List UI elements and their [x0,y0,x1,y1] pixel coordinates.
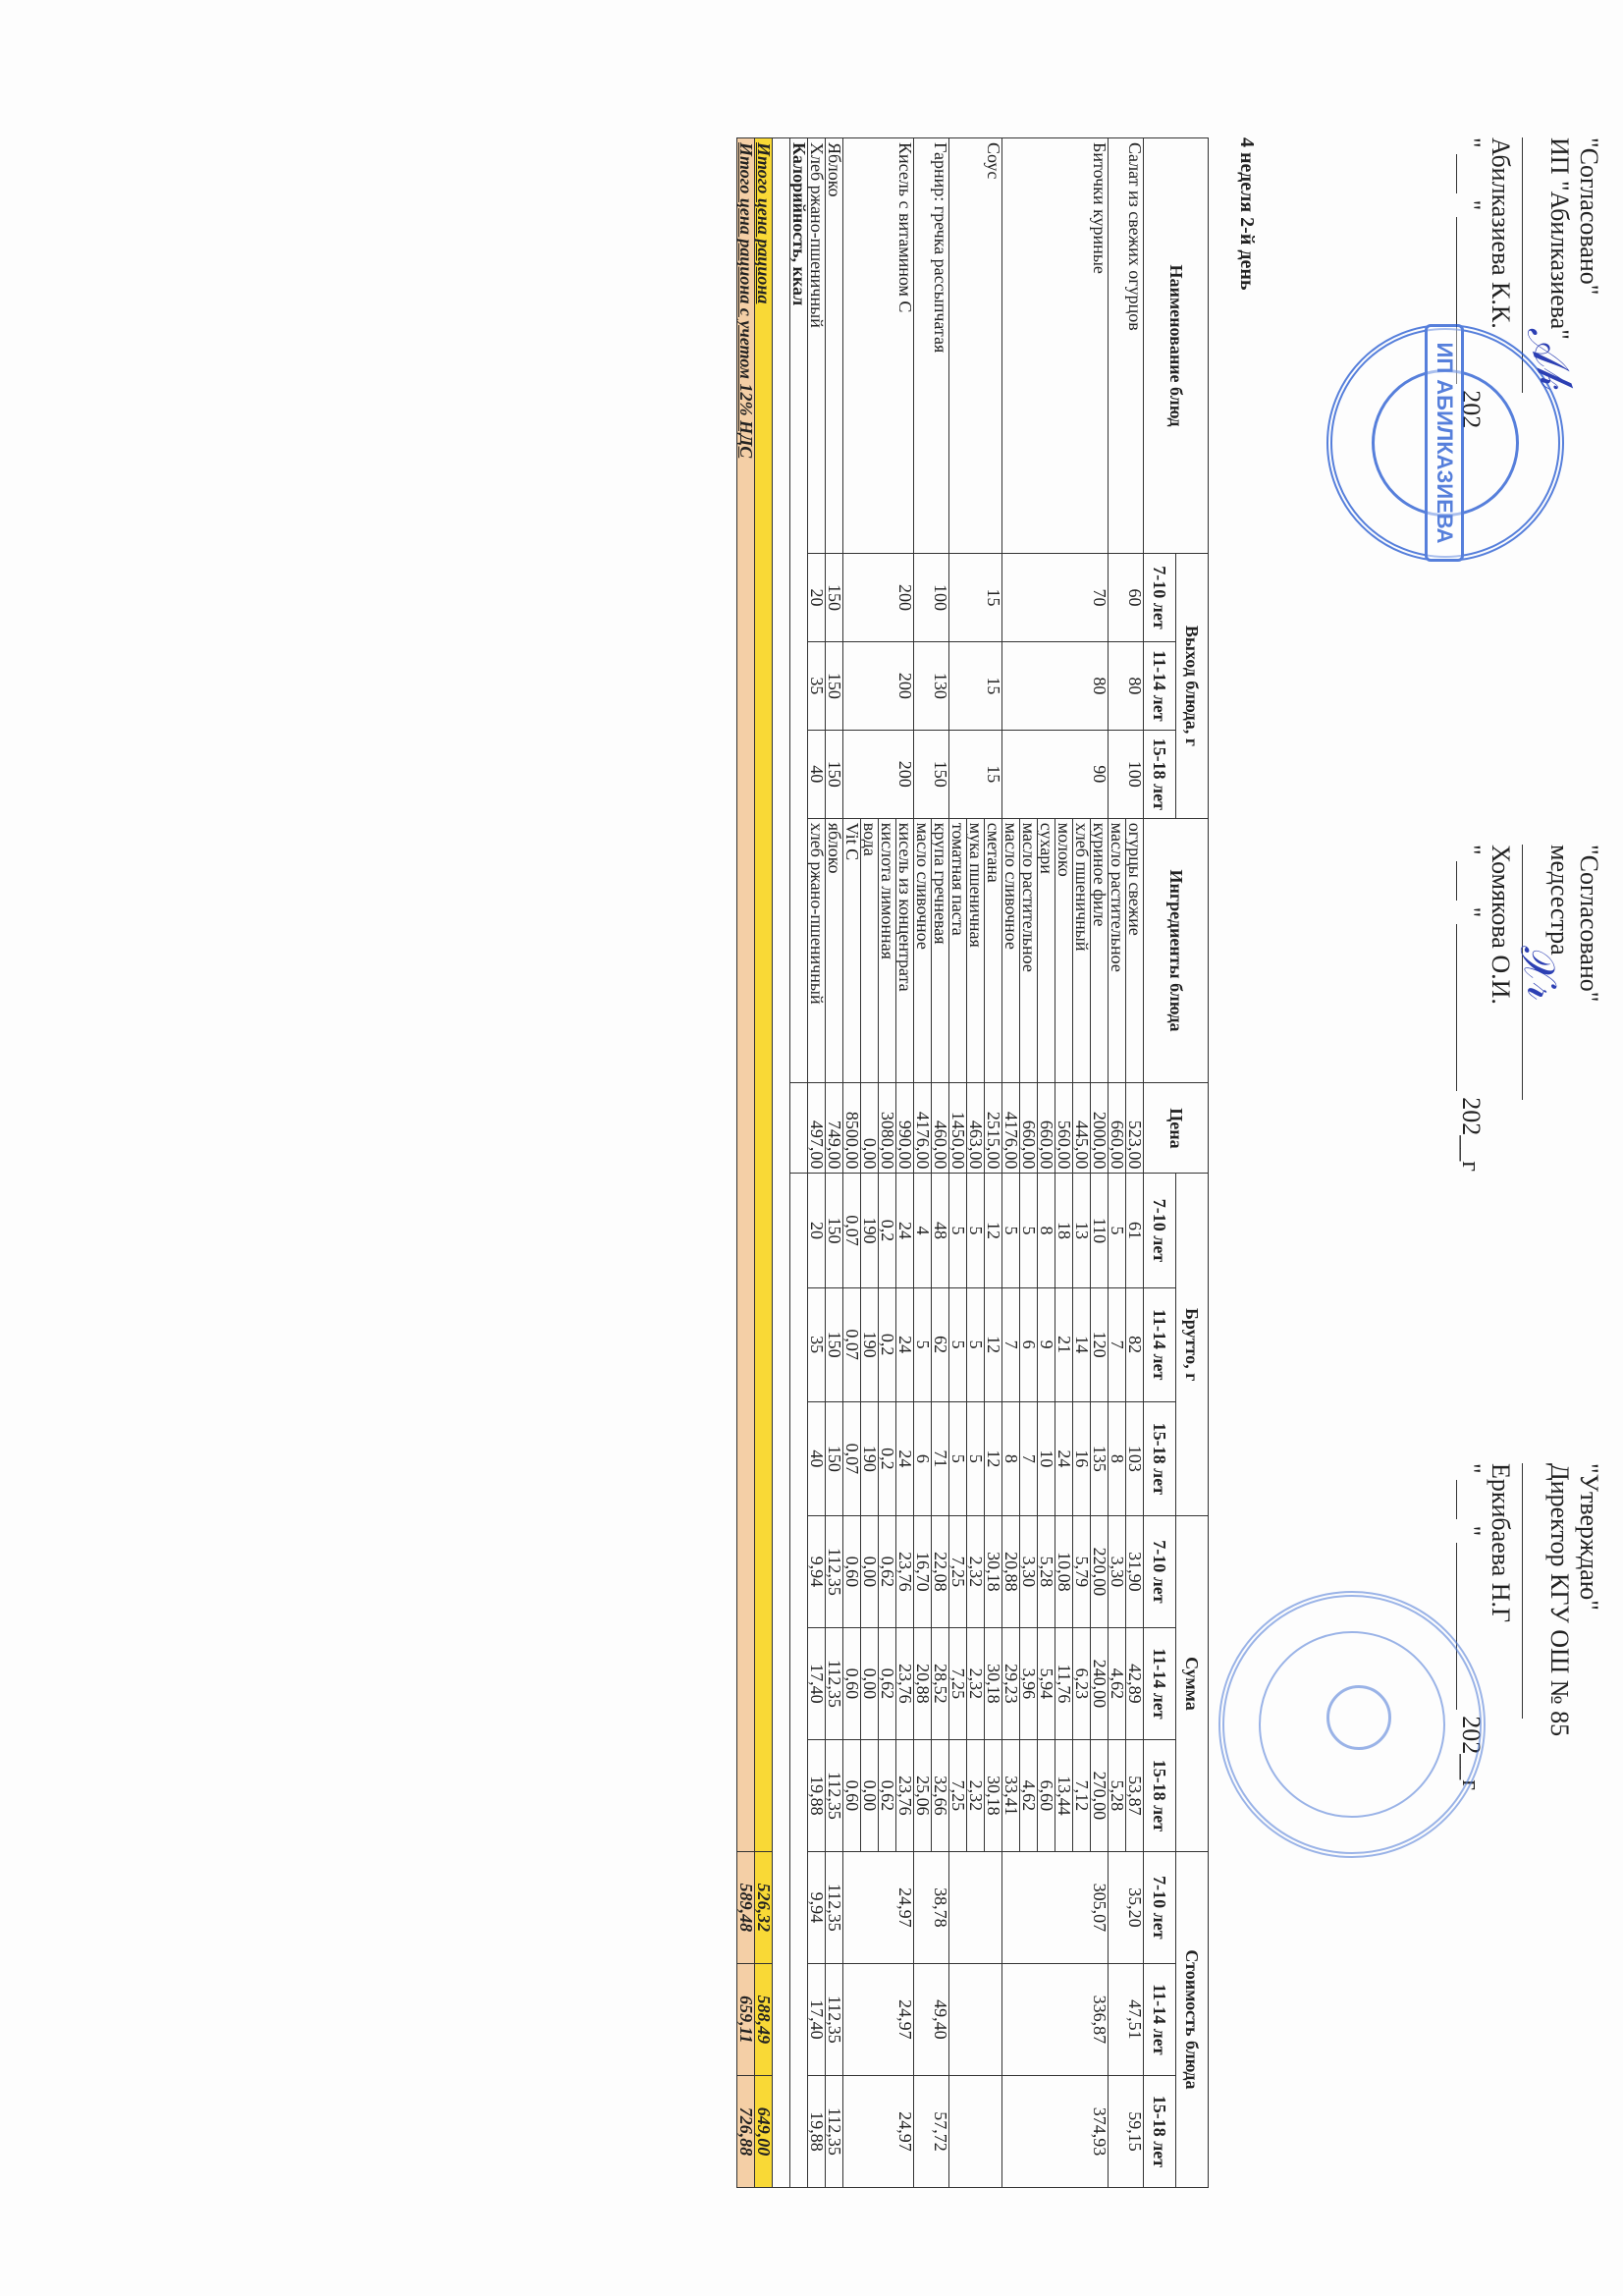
empty-cell [773,138,790,2188]
ingredient-price: 445,00 [1073,1083,1091,1174]
ingredient-brutto-age-1: 61 [1126,1174,1144,1287]
ingredient-sum-age-3: 7,12 [1073,1739,1091,1851]
ingredient-price: 3080,00 [879,1083,896,1174]
ingredient-sum-age-1: 2,32 [967,1515,985,1627]
ingredient-name: кисель из концентрата [896,818,914,1083]
dish-yield-age-2: 200 [843,641,914,730]
ingredient-brutto-age-1: 0,2 [879,1174,896,1287]
dish-cost-age-1 [949,1851,1002,1963]
ingredient-brutto-age-2: 5 [949,1287,967,1401]
col-sum-group: Сумма [1176,1515,1209,1851]
dish-cost-age-3: 59,15 [1109,2075,1144,2187]
ingredient-sum-age-3: 0,00 [861,1739,879,1851]
ingredient-brutto-age-1: 18 [1055,1174,1073,1287]
ingredient-sum-age-3: 30,18 [985,1739,1002,1851]
ingredient-brutto-age-2: 35 [808,1287,826,1401]
ingredient-brutto-age-2: 14 [1073,1287,1091,1401]
ingredient-sum-age-1: 5,28 [1038,1515,1055,1627]
ingredient-sum-age-1: 20,88 [1002,1515,1020,1627]
dish-cost-age-1: 305,07 [1002,1851,1109,1963]
ingredient-price: 990,00 [896,1083,914,1174]
ingredient-sum-age-2: 7,25 [949,1627,967,1739]
dish-cost-age-2: 112,35 [826,1963,843,2075]
ingredient-brutto-age-1: 5 [967,1174,985,1287]
date-year: 202__г [1457,1097,1486,1172]
date-quote-open: " [1457,1463,1486,1474]
menu-table: Наименование блюд Выход блюда, г Ингреди… [736,137,1209,2188]
ingredient-brutto-age-1: 48 [932,1174,949,1287]
ingredient-sum-age-3: 25,06 [914,1739,932,1851]
ingredient-sum-age-2: 0,00 [861,1627,879,1739]
ingredient-sum-age-2: 42,89 [1126,1627,1144,1739]
ingredient-brutto-age-3: 71 [932,1401,949,1515]
dish-yield-age-3: 150 [914,730,949,818]
ingredient-sum-age-2: 29,23 [1002,1627,1020,1739]
ingredient-name: сметана [985,818,1002,1083]
ingredient-sum-age-2: 0,62 [879,1627,896,1739]
ingredient-price: 2000,00 [1091,1083,1109,1174]
ingredient-sum-age-2: 23,76 [896,1627,914,1739]
ingredient-price: 460,00 [932,1083,949,1174]
ingredient-brutto-age-2: 150 [826,1287,843,1401]
ingredient-sum-age-1: 112,35 [826,1515,843,1627]
table-row: Хлеб ржано-пшеничный203540хлеб ржано-пше… [808,138,826,2188]
total-vat-row: Итого цена рациона с учетом 12% НДС 589,… [737,138,755,2188]
approval-title: "Утверждаю" [1574,1463,1603,1790]
ingredient-brutto-age-1: 110 [1091,1174,1109,1287]
total-vat-label: Итого цена рациона с учетом 12% НДС [737,138,755,1852]
stamp-school [1218,1591,1486,1858]
document-page: "Согласовано" ИП "Абилказиева" Абилказие… [0,0,1623,2296]
ingredient-price: 523,00 [1126,1083,1144,1174]
date-quote-close: " [1457,200,1486,211]
dish-yield-age-2: 150 [826,641,843,730]
empty-cell [790,1083,808,1174]
dish-cost-age-1: 35,20 [1109,1851,1144,1963]
dish-yield-age-3: 40 [808,730,826,818]
ingredient-brutto-age-3: 190 [861,1401,879,1515]
ingredient-brutto-age-1: 5 [1109,1174,1126,1287]
dish-name: Биточки куриные [1002,138,1109,554]
dish-name: Салат из свежих огурцов [1109,138,1144,554]
dish-name: Яблоко [826,138,843,554]
dish-name: Кисель с витамином С [843,138,914,554]
total-row: Итого цена рациона 526,32 588,49 649,00 [755,138,773,2188]
total-vat-value-age-3: 726,88 [737,2075,755,2187]
ingredient-brutto-age-1: 12 [985,1174,1002,1287]
ingredient-brutto-age-2: 0,07 [843,1287,861,1401]
ingredient-brutto-age-3: 8 [1109,1401,1126,1515]
date-quote-open: " [1457,845,1486,855]
dish-yield-age-1: 60 [1109,554,1144,642]
ingredient-sum-age-1: 9,94 [808,1515,826,1627]
ingredient-sum-age-1: 3,30 [1020,1515,1038,1627]
ingredient-sum-age-2: 6,23 [1073,1627,1091,1739]
table-row: Салат из свежих огурцов6080100огурцы све… [1126,138,1144,2188]
ingredient-price: 497,00 [808,1083,826,1174]
ingredient-brutto-age-2: 24 [896,1287,914,1401]
ingredient-sum-age-3: 0,60 [843,1739,861,1851]
dish-yield-age-3: 15 [949,730,1002,818]
dish-cost-age-2: 47,51 [1109,1963,1144,2075]
ingredient-brutto-age-3: 40 [808,1401,826,1515]
ingredient-sum-age-2: 2,32 [967,1627,985,1739]
dish-cost-age-2: 49,40 [914,1963,949,2075]
ingredient-name: мука пшеничная [967,818,985,1083]
ingredient-price: 660,00 [1038,1083,1055,1174]
ingredient-brutto-age-2: 5 [914,1287,932,1401]
ingredient-name: масло сливочное [1002,818,1020,1083]
ingredient-name: томатная паста [949,818,967,1083]
ingredient-name: огурцы свежие [1126,818,1144,1083]
ingredient-brutto-age-3: 150 [826,1401,843,1515]
col-cost-age-2: 11-14 лет [1144,1963,1176,2075]
total-vat-value-age-2: 659,11 [737,1963,755,2075]
ingredient-price: 4176,00 [914,1083,932,1174]
approval-name: Хомякова О.И. [1486,845,1515,1172]
ingredient-brutto-age-3: 103 [1126,1401,1144,1515]
col-sum-age-3: 15-18 лет [1144,1739,1176,1851]
stamp-text: ИП АБИЛКАЗИЕВА [1425,324,1464,562]
ingredient-brutto-age-3: 7 [1020,1401,1038,1515]
approval-name: Еркибаева Н.Г [1486,1463,1515,1790]
ingredient-brutto-age-1: 13 [1073,1174,1091,1287]
ingredient-sum-age-2: 3,96 [1020,1627,1038,1739]
ingredient-price: 4176,00 [1002,1083,1020,1174]
col-brutto-age-3: 15-18 лет [1144,1401,1176,1515]
date-month-blank [1456,924,1477,1091]
table-row: Соус151515сметана2515,0012121230,1830,18… [985,138,1002,2188]
date-quote-open: " [1457,137,1486,148]
ingredient-price: 660,00 [1020,1083,1038,1174]
ingredient-name: вода [861,818,879,1083]
dish-yield-age-2: 15 [949,641,1002,730]
col-brutto-age-1: 7-10 лет [1144,1174,1176,1287]
col-cost-group: Стоимость блюда [1176,1851,1209,2187]
ingredient-sum-age-2: 17,40 [808,1627,826,1739]
approval-title: "Согласовано" [1574,137,1603,428]
ingredient-name: масло растительное [1109,818,1126,1083]
ingredient-name: хлеб пшеничный [1073,818,1091,1083]
dish-yield-age-3: 200 [843,730,914,818]
col-cost-age-3: 15-18 лет [1144,2075,1176,2187]
dish-cost-age-3 [949,2075,1002,2187]
ingredient-brutto-age-1: 8 [1038,1174,1055,1287]
approval-block-nurse: "Согласовано" медсестра Хомякова О.И. " … [1456,845,1603,1172]
ingredient-price: 1450,00 [949,1083,967,1174]
ingredient-name: хлеб ржано-пшеничный [808,818,826,1083]
total-vat-value-age-1: 589,48 [737,1851,755,1963]
total-value-age-2: 588,49 [755,1963,773,2075]
ingredient-brutto-age-1: 20 [808,1174,826,1287]
ingredient-brutto-age-1: 5 [1002,1174,1020,1287]
dish-yield-age-1: 200 [843,554,914,642]
date-quote-close: " [1457,907,1486,918]
dish-cost-age-3: 374,93 [1002,2075,1109,2187]
calories-label: Калорийность, ккал [790,138,808,1083]
col-yield-age-2: 11-14 лет [1144,641,1176,730]
table-row: Биточки куриные708090куриное филе2000,00… [1091,138,1109,2188]
ingredient-sum-age-2: 11,76 [1055,1627,1073,1739]
ingredient-name: куриное филе [1091,818,1109,1083]
dish-cost-age-2: 336,87 [1002,1963,1109,2075]
col-dish-name: Наименование блюд [1144,138,1209,554]
col-cost-age-1: 7-10 лет [1144,1851,1176,1963]
ingredient-price: 660,00 [1109,1083,1126,1174]
ingredient-brutto-age-2: 6 [1020,1287,1038,1401]
dish-name: Гарнир: гречка рассыпчатая [914,138,949,554]
dish-yield-age-2: 80 [1002,641,1109,730]
table-row: Кисель с витамином С200200200кисель из к… [896,138,914,2188]
dish-yield-age-2: 130 [914,641,949,730]
ingredient-sum-age-3: 0,62 [879,1739,896,1851]
col-yield-age-3: 15-18 лет [1144,730,1176,818]
col-brutto-age-2: 11-14 лет [1144,1287,1176,1401]
ingredient-brutto-age-1: 5 [1020,1174,1038,1287]
date-day-blank [1456,1480,1477,1519]
ingredient-sum-age-2: 240,00 [1091,1627,1109,1739]
ingredient-sum-age-1: 0,00 [861,1515,879,1627]
ingredient-name: сухари [1038,818,1055,1083]
col-ingredients: Ингредиенты блюда [1144,818,1209,1083]
dish-cost-age-3: 19,88 [808,2075,826,2187]
dish-cost-age-1: 9,94 [808,1851,826,1963]
ingredient-sum-age-3: 23,76 [896,1739,914,1851]
ingredient-sum-age-2: 30,18 [985,1627,1002,1739]
ingredient-sum-age-3: 2,32 [967,1739,985,1851]
dish-yield-age-3: 100 [1109,730,1144,818]
ingredient-brutto-age-3: 5 [949,1401,967,1515]
ingredient-price: 560,00 [1055,1083,1073,1174]
approval-date: " " 202__г [1456,845,1486,1172]
menu-table-totals: Калорийность, ккал Итого цена рациона 52… [737,138,808,2188]
spacer-row [773,138,790,2188]
table-row: Яблоко150150150яблоко749,00150150150112,… [826,138,843,2188]
ingredient-sum-age-3: 112,35 [826,1739,843,1851]
ingredient-price: 0,00 [861,1083,879,1174]
ingredient-brutto-age-3: 24 [1055,1401,1073,1515]
date-day-blank [1456,861,1477,901]
date-quote-close: " [1457,1526,1486,1537]
ingredient-name: яблоко [826,818,843,1083]
dish-name: Хлеб ржано-пшеничный [808,138,826,554]
dish-yield-age-1: 15 [949,554,1002,642]
dish-yield-age-2: 80 [1109,641,1144,730]
ingredient-name: Vit C [843,818,861,1083]
ingredient-sum-age-1: 0,60 [843,1515,861,1627]
ingredient-sum-age-2: 20,88 [914,1627,932,1739]
ingredient-brutto-age-1: 24 [896,1174,914,1287]
ingredient-brutto-age-1: 190 [861,1174,879,1287]
ingredient-brutto-age-3: 24 [896,1401,914,1515]
ingredient-brutto-age-2: 7 [1002,1287,1020,1401]
ingredient-brutto-age-2: 12 [985,1287,1002,1401]
ingredient-price: 8500,00 [843,1083,861,1174]
ingredient-sum-age-1: 0,62 [879,1515,896,1627]
dish-yield-age-1: 20 [808,554,826,642]
ingredient-brutto-age-1: 0,07 [843,1174,861,1287]
ingredient-sum-age-1: 220,00 [1091,1515,1109,1627]
ingredient-sum-age-3: 53,87 [1126,1739,1144,1851]
ingredient-brutto-age-3: 6 [914,1401,932,1515]
dish-cost-age-1: 112,35 [826,1851,843,1963]
dish-cost-age-2: 24,97 [843,1963,914,2075]
emblem-icon [1326,1685,1391,1750]
ingredient-sum-age-3: 7,25 [949,1739,967,1851]
ingredient-sum-age-3: 4,62 [1020,1739,1038,1851]
ingredient-brutto-age-3: 10 [1038,1401,1055,1515]
ingredient-name: молоко [1055,818,1073,1083]
ingredient-price: 749,00 [826,1083,843,1174]
empty-cell [790,1174,808,2188]
calories-row: Калорийность, ккал [790,138,808,2188]
ingredient-name: кислота лимонная [879,818,896,1083]
ingredient-brutto-age-2: 5 [967,1287,985,1401]
ingredient-brutto-age-2: 120 [1091,1287,1109,1401]
dish-cost-age-2: 17,40 [808,1963,826,2075]
ingredient-price: 463,00 [967,1083,985,1174]
ingredient-brutto-age-1: 5 [949,1174,967,1287]
ingredient-sum-age-3: 19,88 [808,1739,826,1851]
col-sum-age-1: 7-10 лет [1144,1515,1176,1627]
ingredient-price: 2515,00 [985,1083,1002,1174]
ingredient-sum-age-1: 3,30 [1109,1515,1126,1627]
ingredient-sum-age-2: 5,94 [1038,1627,1055,1739]
ingredient-brutto-age-3: 0,2 [879,1401,896,1515]
ingredient-sum-age-1: 7,25 [949,1515,967,1627]
dish-cost-age-2 [949,1963,1002,2075]
approval-title: "Согласовано" [1574,845,1603,1172]
dish-name: Соус [949,138,1002,554]
ingredient-sum-age-3: 6,60 [1038,1739,1055,1851]
ingredient-sum-age-2: 4,62 [1109,1627,1126,1739]
ingredient-brutto-age-2: 190 [861,1287,879,1401]
dish-yield-age-3: 150 [826,730,843,818]
ingredient-brutto-age-2: 9 [1038,1287,1055,1401]
ingredient-sum-age-3: 33,41 [1002,1739,1020,1851]
ingredient-sum-age-3: 5,28 [1109,1739,1126,1851]
ingredient-brutto-age-3: 135 [1091,1401,1109,1515]
ingredient-sum-age-1: 5,79 [1073,1515,1091,1627]
ingredient-brutto-age-2: 7 [1109,1287,1126,1401]
dish-yield-age-3: 90 [1002,730,1109,818]
ingredient-sum-age-2: 0,60 [843,1627,861,1739]
menu-table-body: Салат из свежих огурцов6080100огурцы све… [808,138,1144,2188]
ingredient-brutto-age-2: 82 [1126,1287,1144,1401]
ingredient-brutto-age-1: 150 [826,1174,843,1287]
dish-yield-age-1: 150 [826,554,843,642]
dish-cost-age-3: 57,72 [914,2075,949,2187]
ingredient-brutto-age-2: 0,2 [879,1287,896,1401]
ingredient-brutto-age-1: 4 [914,1174,932,1287]
ingredient-sum-age-1: 10,08 [1055,1515,1073,1627]
date-day-blank [1456,154,1477,193]
ingredient-name: масло растительное [1020,818,1038,1083]
ingredient-name: крупа гречневая [932,818,949,1083]
day-label: 4 неделя 2-й день [1235,137,1258,290]
ingredient-brutto-age-3: 16 [1073,1401,1091,1515]
dish-cost-age-3: 112,35 [826,2075,843,2187]
dish-cost-age-3: 24,97 [843,2075,914,2187]
dish-yield-age-1: 100 [914,554,949,642]
ingredient-brutto-age-2: 21 [1055,1287,1073,1401]
col-sum-age-2: 11-14 лет [1144,1627,1176,1739]
dish-yield-age-2: 35 [808,641,826,730]
col-yield-group: Выход блюда, г [1176,554,1209,819]
approval-role: Директор КГУ ОШ № 85 [1544,1463,1574,1790]
ingredient-sum-age-1: 30,18 [985,1515,1002,1627]
signature-nurse: 𝒳𝓇 [1510,939,1569,1002]
ingredient-sum-age-2: 112,35 [826,1627,843,1739]
approval-role: медсестра [1544,845,1574,1172]
signature-line [1522,1463,1544,1719]
total-value-age-3: 649,00 [755,2075,773,2187]
ingredient-sum-age-1: 23,76 [896,1515,914,1627]
dish-cost-age-1: 24,97 [843,1851,914,1963]
total-label: Итого цена рациона [755,138,773,1852]
ingredient-sum-age-3: 13,44 [1055,1739,1073,1851]
col-brutto-group: Брутто, г [1176,1174,1209,1516]
ingredient-brutto-age-3: 8 [1002,1401,1020,1515]
header-row-groups: Наименование блюд Выход блюда, г Ингреди… [1176,138,1209,2188]
table-row: Гарнир: гречка рассыпчатая100130150крупа… [932,138,949,2188]
dish-cost-age-1: 38,78 [914,1851,949,1963]
ingredient-sum-age-1: 16,70 [914,1515,932,1627]
dish-yield-age-1: 70 [1002,554,1109,642]
total-value-age-1: 526,32 [755,1851,773,1963]
ingredient-brutto-age-3: 0,07 [843,1401,861,1515]
ingredient-brutto-age-3: 12 [985,1401,1002,1515]
ingredient-sum-age-3: 270,00 [1091,1739,1109,1851]
col-price: Цена [1144,1083,1209,1174]
ingredient-sum-age-1: 22,08 [932,1515,949,1627]
ingredient-sum-age-3: 32,66 [932,1739,949,1851]
ingredient-name: масло сливочное [914,818,932,1083]
col-yield-age-1: 7-10 лет [1144,554,1176,642]
ingredient-sum-age-2: 28,52 [932,1627,949,1739]
ingredient-brutto-age-2: 62 [932,1287,949,1401]
ingredient-sum-age-1: 31,90 [1126,1515,1144,1627]
ingredient-brutto-age-3: 5 [967,1401,985,1515]
